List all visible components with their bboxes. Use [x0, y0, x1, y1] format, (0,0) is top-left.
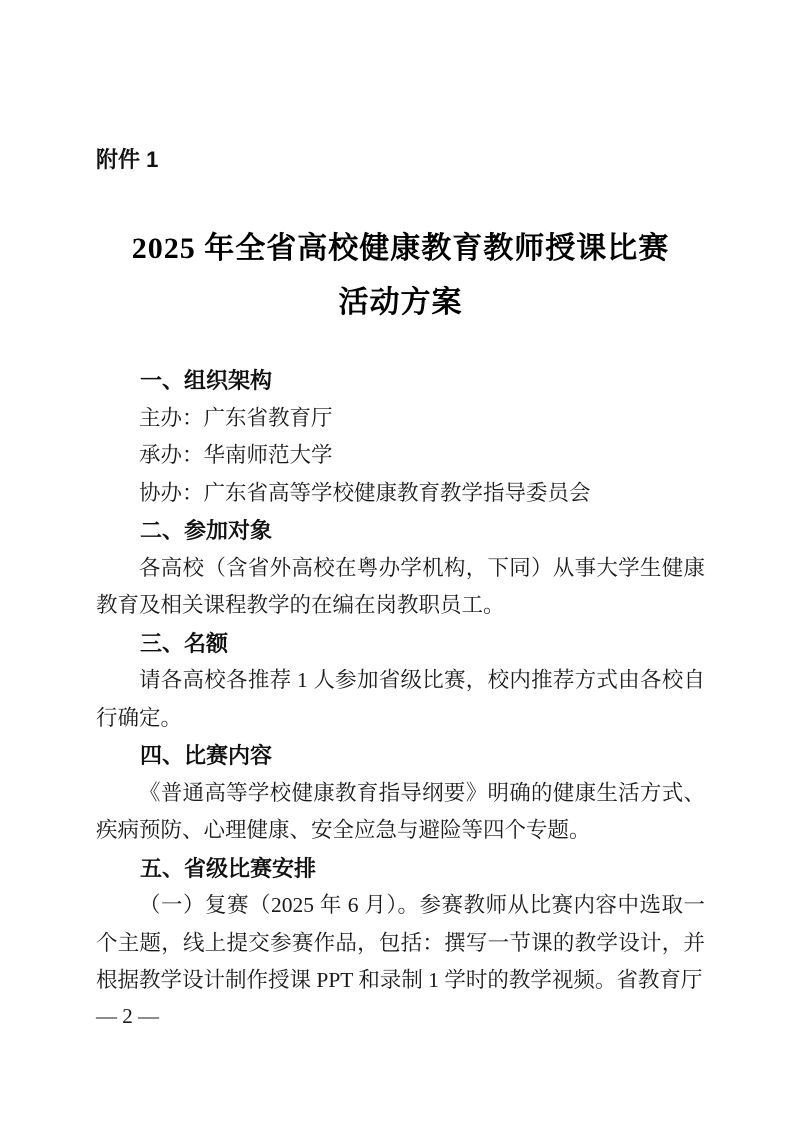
body-paragraph: 协办：广东省高等学校健康教育教学指导委员会	[96, 475, 705, 513]
body-paragraph: 《普通高等学校健康教育指导纲要》明确的健康生活方式、疾病预防、心理健康、安全应急…	[96, 775, 705, 850]
section-heading: 三、名额	[96, 625, 705, 663]
section-heading: 一、组织架构	[96, 362, 705, 400]
attachment-label: 附件 1	[96, 145, 705, 175]
body-paragraph: 主办：广东省教育厅	[96, 400, 705, 438]
page-number: — 2 —	[96, 1001, 705, 1031]
body-paragraph: （一）复赛（2025 年 6 月）。参赛教师从比赛内容中选取一个主题，线上提交参…	[96, 887, 705, 1000]
section-heading: 五、省级比赛安排	[96, 850, 705, 888]
body-paragraph: 承办：华南师范大学	[96, 437, 705, 475]
body-paragraph: 请各高校各推荐 1 人参加省级比赛，校内推荐方式由各校自行确定。	[96, 662, 705, 737]
section-heading: 四、比赛内容	[96, 737, 705, 775]
body-paragraph: 各高校（含省外高校在粤办学机构，下同）从事大学生健康教育及相关课程教学的在编在岗…	[96, 550, 705, 625]
document-page: 附件 1 2025 年全省高校健康教育教师授课比赛 活动方案 一、组织架构主办：…	[0, 0, 800, 1131]
document-body: 一、组织架构主办：广东省教育厅承办：华南师范大学协办：广东省高等学校健康教育教学…	[96, 362, 705, 1000]
title-line-1: 2025 年全省高校健康教育教师授课比赛	[96, 222, 705, 276]
document-title: 2025 年全省高校健康教育教师授课比赛 活动方案	[96, 222, 705, 330]
title-line-2: 活动方案	[96, 276, 705, 330]
section-heading: 二、参加对象	[96, 512, 705, 550]
